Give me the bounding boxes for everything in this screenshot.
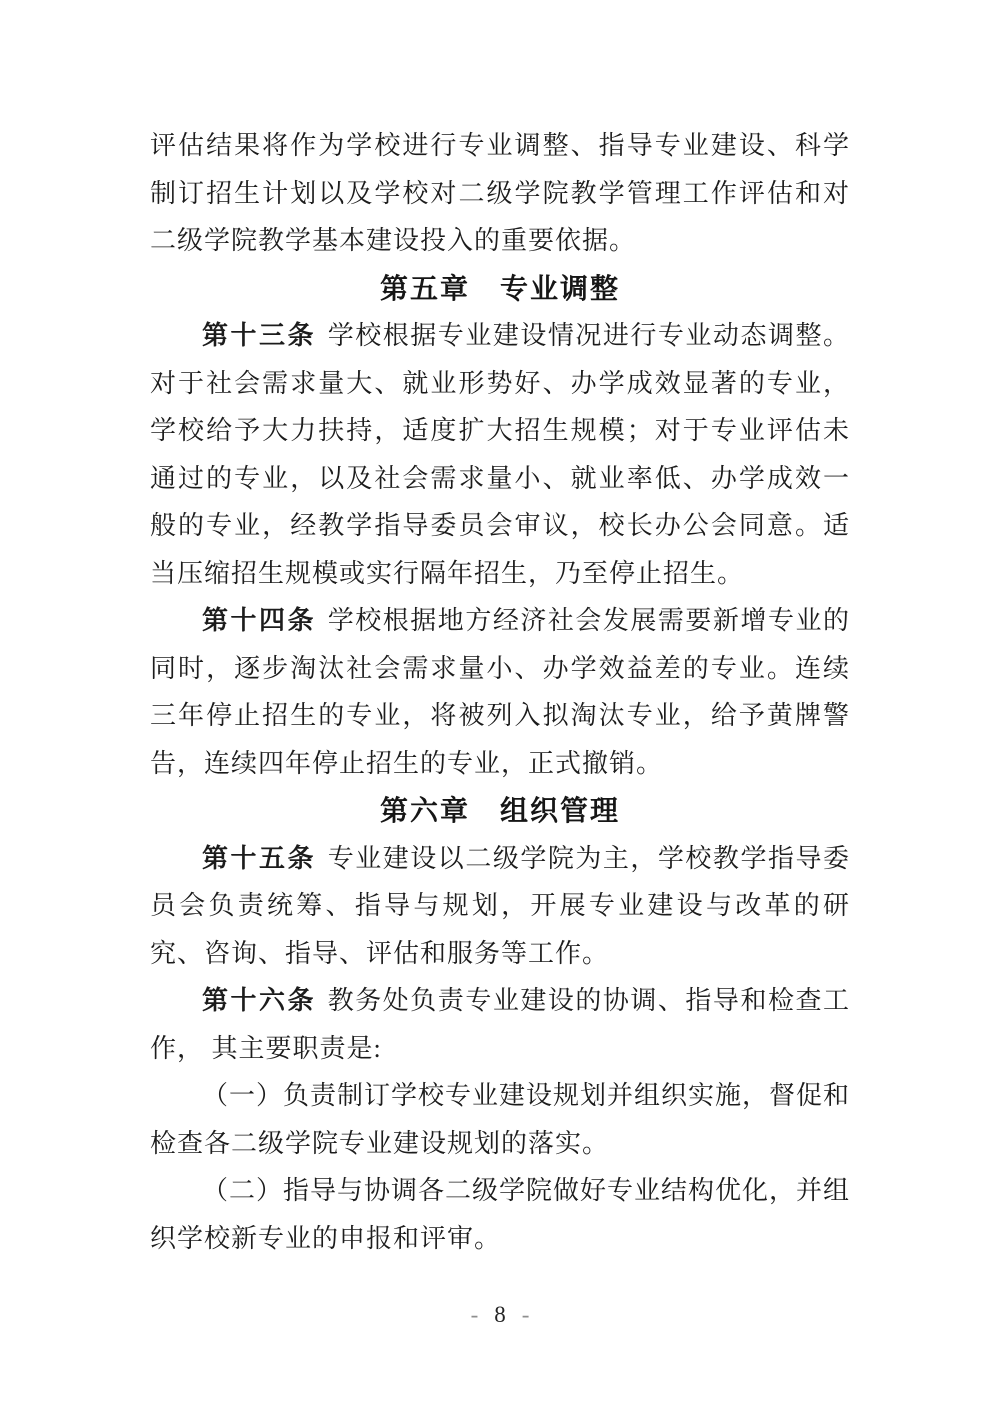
article-15-number: 第十五条	[202, 843, 316, 873]
article-13-paragraph: 第十三条学校根据专业建设情况进行专业动态调整。对于社会需求量大、就业形势好、办学…	[150, 312, 850, 597]
page-footer: - 8 -	[0, 1300, 1000, 1330]
document-page: 评估结果将作为学校进行专业调整、指导专业建设、科学制订招生计划以及学校对二级学院…	[0, 0, 1000, 1414]
article-13-text: 学校根据专业建设情况进行专业动态调整。对于社会需求量大、就业形势好、办学成效显著…	[150, 321, 850, 588]
page-number: 8	[494, 1300, 506, 1330]
article-15-paragraph: 第十五条专业建设以二级学院为主，学校教学指导委员会负责统筹、指导与规划，开展专业…	[150, 835, 850, 978]
article-14-number: 第十四条	[202, 605, 316, 635]
duty-item-2: （二）指导与协调各二级学院做好专业结构优化，并组织学校新专业的申报和评审。	[150, 1167, 850, 1262]
footer-right-dash: -	[522, 1300, 530, 1330]
chapter-5-heading: 第五章 专业调整	[150, 265, 850, 313]
footer-left-dash: -	[471, 1300, 479, 1330]
article-16-paragraph: 第十六条教务处负责专业建设的协调、指导和检查工作， 其主要职责是:	[150, 977, 850, 1072]
article-13-number: 第十三条	[202, 320, 316, 350]
duty-item-1: （一）负责制订学校专业建设规划并组织实施，督促和检查各二级学院专业建设规划的落实…	[150, 1072, 850, 1167]
article-16-number: 第十六条	[202, 985, 316, 1015]
intro-paragraph: 评估结果将作为学校进行专业调整、指导专业建设、科学制订招生计划以及学校对二级学院…	[150, 122, 850, 265]
chapter-6-heading: 第六章 组织管理	[150, 787, 850, 835]
article-14-paragraph: 第十四条学校根据地方经济社会发展需要新增专业的同时，逐步淘汰社会需求量小、办学效…	[150, 597, 850, 787]
